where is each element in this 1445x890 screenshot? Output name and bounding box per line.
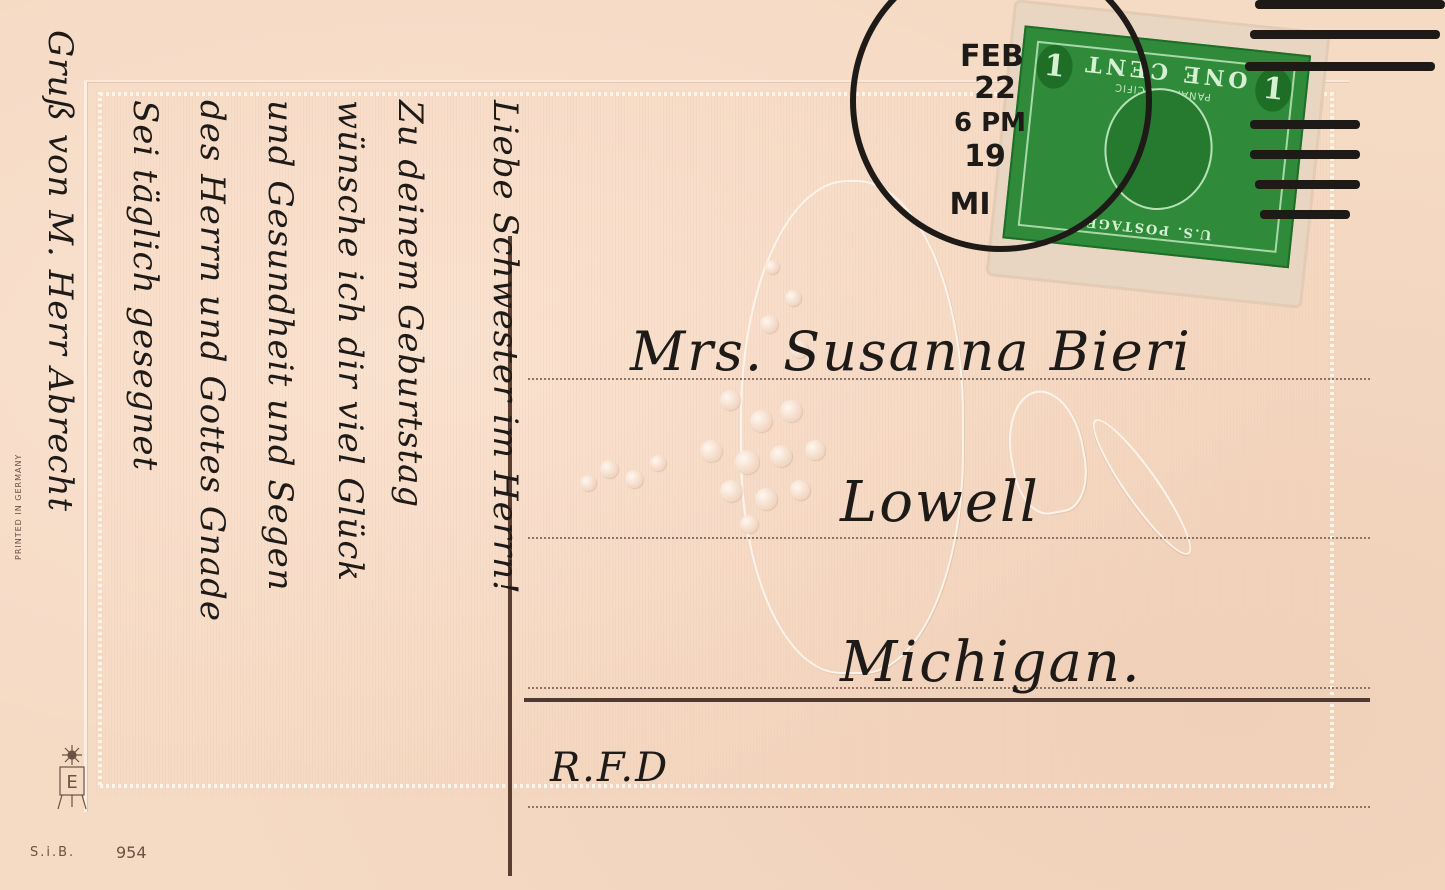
embossed-berry: [750, 410, 772, 432]
embossed-berry: [650, 455, 666, 471]
cancellation-bar: [1255, 0, 1445, 9]
embossed-berry: [625, 470, 643, 488]
embossed-berry: [735, 450, 759, 474]
recipient-name: Mrs. Susanna Bieri: [630, 320, 1192, 383]
embossed-berry: [740, 515, 758, 533]
cancellation-bar: [1260, 210, 1350, 219]
embossed-berry: [720, 480, 742, 502]
embossed-berry: [755, 488, 777, 510]
cancellation-bar: [1250, 30, 1440, 39]
recipient-state: Michigan.: [840, 630, 1142, 695]
message-line: Liebe Schwester im Herrn!: [485, 100, 525, 595]
card-number: 954: [116, 843, 147, 862]
message-line: Gruß von M. Herr Abrecht: [40, 30, 80, 512]
publisher-easel-logo-icon: E: [52, 745, 92, 815]
postmark-month: FEB: [960, 42, 1020, 72]
message-line: und Gesundheit und Segen: [260, 100, 300, 592]
embossed-berry: [700, 440, 722, 462]
series-code: S.i.B.: [30, 845, 75, 860]
beaded-border-left: [98, 92, 102, 786]
embossed-berry: [720, 390, 740, 410]
recipient-city: Lowell: [840, 470, 1040, 535]
address-line-2: [528, 537, 1370, 539]
cancellation-bar: [1255, 180, 1360, 189]
embossed-berry: [580, 475, 596, 491]
embossed-berry: [785, 290, 801, 306]
embossed-bell-outline: [740, 180, 964, 674]
recipient-route: R.F.D: [550, 745, 669, 791]
cancellation-bar: [1250, 120, 1360, 129]
message-line: Zu deinem Geburtstag: [390, 100, 430, 508]
printed-in-germany: PRINTED IN GERMANY: [14, 454, 23, 560]
address-line-4: [528, 806, 1370, 808]
postmark-year: 19: [955, 142, 1015, 172]
beaded-border-bottom: [100, 784, 1336, 788]
message-line: wünsche ich dir viel Glück: [330, 100, 370, 582]
beaded-border-right: [1330, 92, 1334, 786]
embossed-berry: [780, 400, 802, 422]
address-solid-rule: [524, 698, 1370, 702]
cancellation-bar: [1250, 150, 1360, 159]
embossed-berry: [790, 480, 810, 500]
postcard: Mrs. Susanna Bieri Lowell Michigan. R.F.…: [0, 0, 1445, 890]
postmark-place: MI: [940, 190, 1000, 220]
message-line: Sei täglich gesegnet: [125, 100, 165, 471]
message-line: des Herrn und Gottes Gnade: [192, 100, 232, 622]
postmark-time: 6 PM: [950, 108, 1030, 138]
embossed-berry: [765, 260, 779, 274]
svg-text:E: E: [66, 772, 77, 793]
embossed-berry: [805, 440, 825, 460]
cancellation-bar: [1245, 62, 1435, 71]
embossed-berry: [600, 460, 618, 478]
embossed-berry: [770, 445, 792, 467]
postmark-day: 22: [965, 74, 1025, 104]
